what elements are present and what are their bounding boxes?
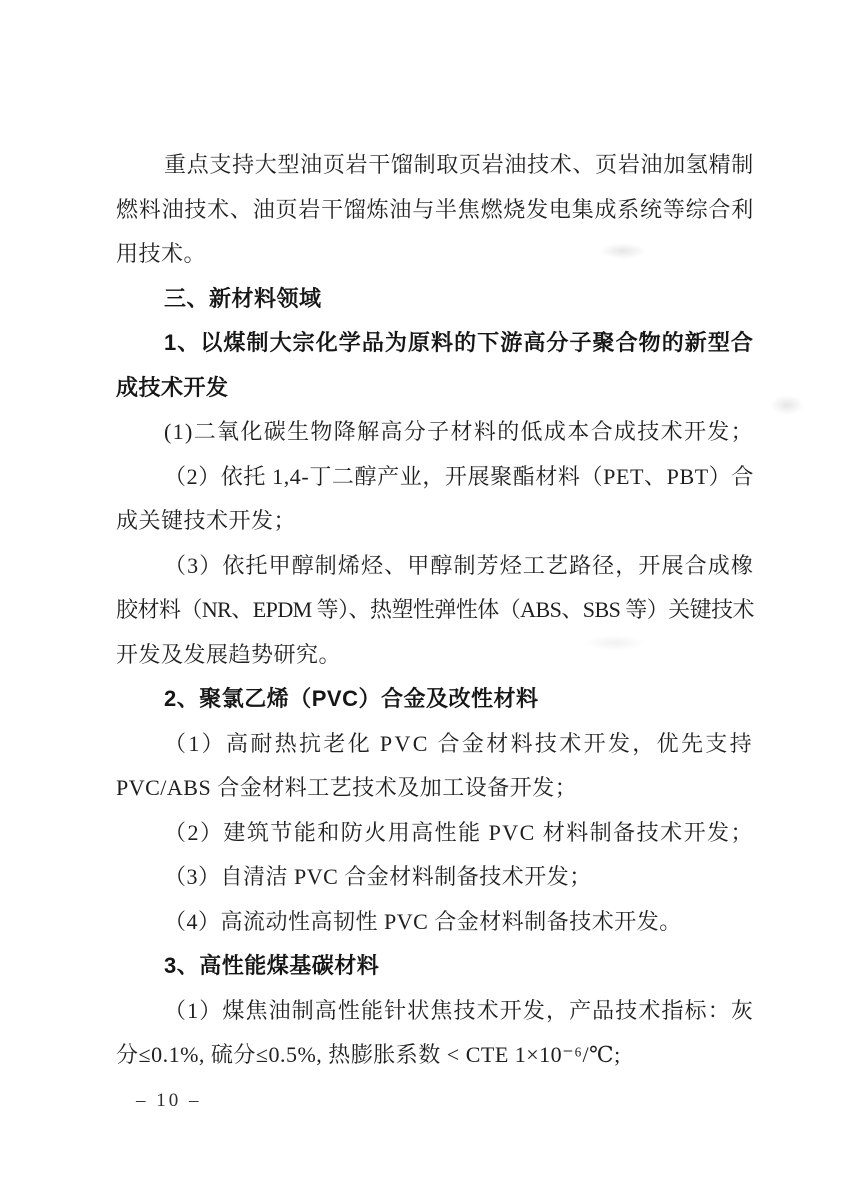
heading-line: 成技术开发 (116, 366, 754, 411)
scan-artifact (600, 243, 646, 259)
body-line: （4）高流动性高韧性 PVC 合金材料制备技术开发。 (116, 900, 754, 945)
body-line: (1)二氧化碳生物降解高分子材料的低成本合成技术开发； (116, 410, 754, 455)
body-line-text: 用技术。 (116, 241, 206, 266)
body-line: 成关键技术开发； (116, 499, 754, 544)
body-line: 重点支持大型油页岩干馏制取页岩油技术、页岩油加氢精制 (116, 143, 754, 188)
heading-line-text: 2、聚氯乙烯（PVC）合金及改性材料 (164, 686, 538, 711)
body-line-text: 燃料油技术、油页岩干馏炼油与半焦燃烧发电集成系统等综合利 (116, 197, 754, 222)
body-line: （1）煤焦油制高性能针状焦技术开发，产品技术指标：灰 (116, 989, 754, 1034)
body-line-text: 开发及发展趋势研究。 (116, 642, 341, 667)
body-line: 胶材料（NR、EPDM 等）、热塑性弹性体（ABS、SBS 等）关键技术 (116, 588, 754, 633)
heading-line: 三、新材料领域 (116, 277, 754, 322)
scan-artifact (770, 395, 804, 415)
body-line-text: （1）高耐热抗老化 PVC 合金材料技术开发，优先支持 (164, 731, 754, 756)
heading-line: 1、以煤制大宗化学品为原料的下游高分子聚合物的新型合 (116, 321, 754, 366)
body-line-text: （2）建筑节能和防火用高性能 PVC 材料制备技术开发； (164, 820, 754, 845)
heading-line-text: 成技术开发 (116, 375, 229, 400)
body-line: （2）依托 1,4-丁二醇产业，开展聚酯材料（PET、PBT）合 (116, 455, 754, 500)
heading-line: 3、高性能煤基碳材料 (116, 944, 754, 989)
page-number: – 10 – (136, 1090, 202, 1112)
body-line-text: （1）煤焦油制高性能针状焦技术开发，产品技术指标：灰 (164, 998, 754, 1023)
body-line-text: （4）高流动性高韧性 PVC 合金材料制备技术开发。 (164, 909, 682, 934)
body-line-text: (1)二氧化碳生物降解高分子材料的低成本合成技术开发； (164, 419, 754, 444)
body-line-text: 分≤0.1%, 硫分≤0.5%, 热膨胀系数 < CTE 1×10⁻⁶/℃; (116, 1042, 621, 1067)
heading-line-text: 1、以煤制大宗化学品为原料的下游高分子聚合物的新型合 (164, 330, 754, 355)
body-line: （2）建筑节能和防火用高性能 PVC 材料制备技术开发； (116, 811, 754, 856)
body-line-text: 胶材料（NR、EPDM 等）、热塑性弹性体（ABS、SBS 等）关键技术 (116, 597, 754, 622)
body-line: （1）高耐热抗老化 PVC 合金材料技术开发，优先支持 (116, 722, 754, 767)
body-line: （3）自清洁 PVC 合金材料制备技术开发； (116, 855, 754, 900)
body-line-text: PVC/ABS 合金材料工艺技术及加工设备开发； (116, 775, 577, 800)
document-text: 重点支持大型油页岩干馏制取页岩油技术、页岩油加氢精制燃料油技术、油页岩干馏炼油与… (116, 143, 754, 1078)
body-line-text: （3）自清洁 PVC 合金材料制备技术开发； (164, 864, 592, 889)
body-line-text: 重点支持大型油页岩干馏制取页岩油技术、页岩油加氢精制 (164, 152, 754, 177)
heading-line-text: 三、新材料领域 (164, 286, 322, 311)
document-page: 重点支持大型油页岩干馏制取页岩油技术、页岩油加氢精制燃料油技术、油页岩干馏炼油与… (0, 0, 849, 1200)
body-line: 用技术。 (116, 232, 754, 277)
body-line: PVC/ABS 合金材料工艺技术及加工设备开发； (116, 766, 754, 811)
body-line: （3）依托甲醇制烯烃、甲醇制芳烃工艺路径，开展合成橡 (116, 544, 754, 589)
body-line: 燃料油技术、油页岩干馏炼油与半焦燃烧发电集成系统等综合利 (116, 188, 754, 233)
heading-line-text: 3、高性能煤基碳材料 (164, 953, 379, 978)
body-line-text: （2）依托 1,4-丁二醇产业，开展聚酯材料（PET、PBT）合 (164, 464, 754, 489)
body-line-text: 成关键技术开发； (116, 508, 296, 533)
body-line: 分≤0.1%, 硫分≤0.5%, 热膨胀系数 < CTE 1×10⁻⁶/℃; (116, 1033, 754, 1078)
body-line-text: （3）依托甲醇制烯烃、甲醇制芳烃工艺路径，开展合成橡 (164, 553, 754, 578)
scan-artifact (585, 635, 645, 651)
body-line: 开发及发展趋势研究。 (116, 633, 754, 678)
heading-line: 2、聚氯乙烯（PVC）合金及改性材料 (116, 677, 754, 722)
